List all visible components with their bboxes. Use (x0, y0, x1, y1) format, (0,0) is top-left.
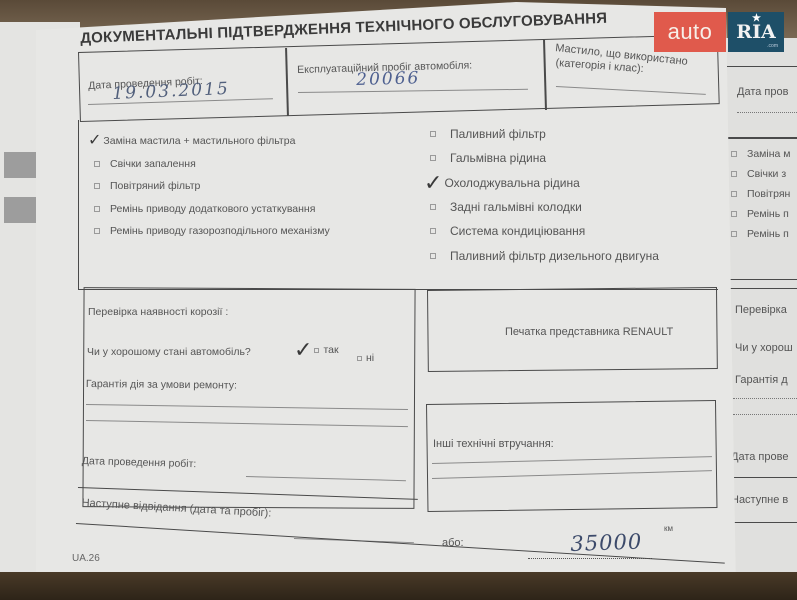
checkbox-icon (94, 228, 100, 234)
checklist-item[interactable]: ✓Заміна мастила + мастильного фільтра (88, 135, 295, 147)
check-mark-icon: ✓ (424, 178, 442, 188)
star-icon: ★ (752, 13, 761, 24)
checklist-item-label: Система кондиціювання (450, 224, 585, 238)
next-check-item: Заміна м (731, 148, 791, 160)
checkbox-icon (94, 161, 100, 167)
next-warranty-line (733, 414, 797, 415)
checklist-item[interactable]: Гальмівна рідина (430, 151, 546, 165)
checklist-item[interactable]: Паливний фільтр (430, 127, 546, 141)
next-check-item: Свічки з (731, 168, 786, 180)
checklist-item-label: Паливний фільтр (450, 127, 546, 141)
check-mark-icon: ✓ (294, 345, 312, 355)
next-date-line (737, 112, 797, 113)
other-interventions-label: Інші технічні втручання: (433, 438, 554, 450)
next-condition-label: Чи у хорош (735, 342, 793, 354)
logo-auto: auto (654, 12, 726, 52)
condition-no-option[interactable]: ні (357, 352, 374, 364)
checkbox-icon (430, 155, 436, 161)
checklist-item[interactable]: Система кондиціювання (430, 224, 585, 238)
checkbox-icon (314, 348, 319, 353)
checklist-item-label: Охолоджувальна рідина (444, 176, 579, 190)
checklist-item-label: Гальмівна рідина (450, 151, 546, 165)
next-visit-mileage[interactable]: 35000 (570, 529, 643, 555)
checklist-item-label: Ремінь приводу газорозподільного механіз… (110, 225, 330, 237)
redacted-mark (4, 197, 38, 223)
checklist-item-label: Ремінь приводу додаткового устаткування (110, 203, 315, 215)
page-number: UA.26 (72, 553, 100, 564)
checkbox-icon (94, 183, 100, 189)
redacted-mark (4, 152, 38, 178)
checkbox-icon (430, 204, 436, 210)
logo-ria-text: RIA (736, 21, 775, 43)
next-corrosion-label: Перевірка (735, 304, 787, 316)
checkbox-icon (430, 131, 436, 137)
checklist-item-label: Паливний фільтр дизельного двигуна (450, 249, 659, 263)
checklist-item[interactable]: Свічки запалення (94, 158, 196, 170)
next-check-item: Ремінь п (731, 208, 789, 220)
checklist-item-label: Свічки запалення (110, 158, 196, 170)
next-date-label-2: Дата прове (731, 451, 788, 463)
check-mark-icon: ✓ (88, 136, 101, 146)
warranty-label: Гарантія дія за умови ремонту: (86, 378, 237, 392)
checklist-item[interactable]: ✓Охолоджувальна рідина (424, 176, 580, 190)
km-unit: км (664, 524, 673, 533)
checklist-item[interactable]: Паливний фільтр дизельного двигуна (430, 249, 659, 263)
corrosion-label: Перевірка наявності корозії : (88, 306, 228, 318)
autoria-logo[interactable]: auto ★ RIA .com (654, 12, 784, 52)
next-visit-label: Наступне в (731, 494, 788, 506)
mileage-value[interactable]: 20066 (356, 68, 421, 90)
checklist-item-label: Задні гальмівні колодки (450, 200, 582, 214)
checklist-item[interactable]: Повітряний фільтр (94, 180, 200, 192)
checkbox-icon (430, 253, 436, 259)
checklist-item[interactable]: Ремінь приводу додаткового устаткування (94, 203, 315, 215)
next-date-label: Дата пров (737, 86, 788, 98)
logo-domain: .com (767, 43, 778, 49)
next-check-item: Ремінь п (731, 228, 789, 240)
desk-shadow (0, 572, 797, 600)
condition-question: Чи у хорошому стані автомобіль? (87, 346, 251, 358)
checklist-item-label: Повітряний фільтр (110, 180, 200, 192)
checklist-item[interactable]: Задні гальмівні колодки (430, 200, 582, 214)
checklist-item-label: Заміна мастила + мастильного фільтра (103, 135, 295, 147)
next-date-box (725, 66, 797, 138)
stamp-label: Печатка представника RENAULT (505, 326, 673, 338)
yes-label: так (323, 344, 338, 356)
no-label: ні (366, 352, 374, 364)
next-check-item: Повітрян (731, 188, 790, 200)
checkbox-icon (357, 356, 362, 361)
condition-yes-option[interactable]: ✓ так (294, 344, 339, 356)
checklist-item[interactable]: Ремінь приводу газорозподільного механіз… (94, 225, 330, 237)
other-interventions-box (426, 400, 717, 512)
checkbox-icon (430, 228, 436, 234)
checkbox-icon (94, 206, 100, 212)
logo-ria: ★ RIA .com (728, 12, 784, 52)
next-warranty-line (733, 398, 797, 399)
next-warranty-label: Гарантія д (735, 374, 788, 386)
